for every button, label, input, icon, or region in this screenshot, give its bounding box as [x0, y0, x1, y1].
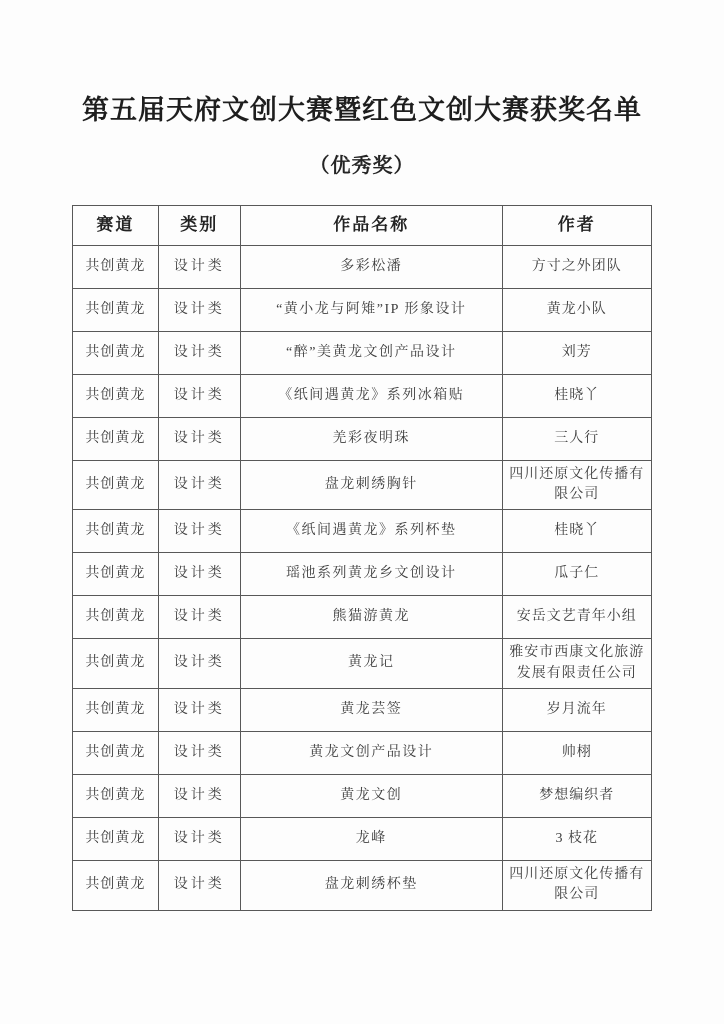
- cell-category: 设计类: [158, 688, 240, 731]
- cell-work: 龙峰: [240, 817, 502, 860]
- cell-work: 羌彩夜明珠: [240, 417, 502, 460]
- cell-track: 共创黄龙: [73, 688, 159, 731]
- header-row: 赛道 类别 作品名称 作者: [73, 205, 652, 245]
- cell-author: 瓜子仁: [502, 553, 651, 596]
- awards-table-header: 赛道 类别 作品名称 作者: [73, 205, 652, 245]
- cell-author: 黄龙小队: [502, 288, 651, 331]
- header-cell-track: 赛道: [73, 205, 159, 245]
- table-row: 共创黄龙设计类《纸间遇黄龙》系列冰箱贴桂晓丫: [73, 374, 652, 417]
- document-page: 第五届天府文创大赛暨红色文创大赛获奖名单 （优秀奖） 赛道 类别 作品名称 作者…: [0, 0, 724, 1024]
- table-row: 共创黄龙设计类盘龙刺绣杯垫四川还原文化传播有限公司: [73, 860, 652, 910]
- header-cell-work: 作品名称: [240, 205, 502, 245]
- cell-track: 共创黄龙: [73, 860, 159, 910]
- cell-author: 四川还原文化传播有限公司: [502, 460, 651, 510]
- cell-work: 《纸间遇黄龙》系列冰箱贴: [240, 374, 502, 417]
- cell-category: 设计类: [158, 331, 240, 374]
- cell-author: 3 枝花: [502, 817, 651, 860]
- cell-category: 设计类: [158, 596, 240, 639]
- cell-track: 共创黄龙: [73, 374, 159, 417]
- table-row: 共创黄龙设计类黄龙芸签岁月流年: [73, 688, 652, 731]
- cell-work: 黄龙文创产品设计: [240, 731, 502, 774]
- header-cell-category: 类别: [158, 205, 240, 245]
- awards-table: 赛道 类别 作品名称 作者 共创黄龙设计类多彩松潘方寸之外团队共创黄龙设计类“黄…: [72, 205, 652, 911]
- cell-author: 梦想编织者: [502, 774, 651, 817]
- header-cell-author: 作者: [502, 205, 651, 245]
- cell-category: 设计类: [158, 731, 240, 774]
- cell-category: 设计类: [158, 860, 240, 910]
- cell-work: 黄龙记: [240, 639, 502, 689]
- cell-work: 熊猫游黄龙: [240, 596, 502, 639]
- table-row: 共创黄龙设计类《纸间遇黄龙》系列杯垫桂晓丫: [73, 510, 652, 553]
- cell-track: 共创黄龙: [73, 731, 159, 774]
- cell-track: 共创黄龙: [73, 417, 159, 460]
- cell-author: 桂晓丫: [502, 510, 651, 553]
- table-row: 共创黄龙设计类羌彩夜明珠三人行: [73, 417, 652, 460]
- cell-author: 方寸之外团队: [502, 245, 651, 288]
- cell-track: 共创黄龙: [73, 460, 159, 510]
- cell-author: 刘芳: [502, 331, 651, 374]
- table-row: 共创黄龙设计类“醉”美黄龙文创产品设计刘芳: [73, 331, 652, 374]
- table-row: 共创黄龙设计类黄龙记雅安市西康文化旅游发展有限责任公司: [73, 639, 652, 689]
- cell-category: 设计类: [158, 245, 240, 288]
- table-row: 共创黄龙设计类熊猫游黄龙安岳文艺青年小组: [73, 596, 652, 639]
- awards-table-body: 共创黄龙设计类多彩松潘方寸之外团队共创黄龙设计类“黄小龙与阿雉”IP 形象设计黄…: [73, 245, 652, 910]
- cell-work: 黄龙芸签: [240, 688, 502, 731]
- cell-track: 共创黄龙: [73, 639, 159, 689]
- table-row: 共创黄龙设计类多彩松潘方寸之外团队: [73, 245, 652, 288]
- table-row: 共创黄龙设计类瑶池系列黄龙乡文创设计瓜子仁: [73, 553, 652, 596]
- cell-category: 设计类: [158, 510, 240, 553]
- cell-author: 三人行: [502, 417, 651, 460]
- cell-category: 设计类: [158, 417, 240, 460]
- cell-category: 设计类: [158, 639, 240, 689]
- cell-work: 瑶池系列黄龙乡文创设计: [240, 553, 502, 596]
- cell-category: 设计类: [158, 288, 240, 331]
- cell-category: 设计类: [158, 774, 240, 817]
- cell-work: “黄小龙与阿雉”IP 形象设计: [240, 288, 502, 331]
- cell-work: 黄龙文创: [240, 774, 502, 817]
- cell-work: 盘龙刺绣胸针: [240, 460, 502, 510]
- cell-work: 多彩松潘: [240, 245, 502, 288]
- cell-author: 岁月流年: [502, 688, 651, 731]
- cell-work: 盘龙刺绣杯垫: [240, 860, 502, 910]
- cell-work: “醉”美黄龙文创产品设计: [240, 331, 502, 374]
- cell-track: 共创黄龙: [73, 245, 159, 288]
- cell-author: 桂晓丫: [502, 374, 651, 417]
- cell-category: 设计类: [158, 460, 240, 510]
- cell-track: 共创黄龙: [73, 288, 159, 331]
- cell-work: 《纸间遇黄龙》系列杯垫: [240, 510, 502, 553]
- cell-author: 四川还原文化传播有限公司: [502, 860, 651, 910]
- cell-track: 共创黄龙: [73, 596, 159, 639]
- table-row: 共创黄龙设计类黄龙文创梦想编织者: [73, 774, 652, 817]
- table-row: 共创黄龙设计类盘龙刺绣胸针四川还原文化传播有限公司: [73, 460, 652, 510]
- table-row: 共创黄龙设计类黄龙文创产品设计帅栩: [73, 731, 652, 774]
- document-title: 第五届天府文创大赛暨红色文创大赛获奖名单: [0, 0, 724, 128]
- table-row: 共创黄龙设计类“黄小龙与阿雉”IP 形象设计黄龙小队: [73, 288, 652, 331]
- cell-track: 共创黄龙: [73, 817, 159, 860]
- cell-category: 设计类: [158, 553, 240, 596]
- cell-author: 帅栩: [502, 731, 651, 774]
- cell-track: 共创黄龙: [73, 774, 159, 817]
- cell-category: 设计类: [158, 374, 240, 417]
- cell-track: 共创黄龙: [73, 331, 159, 374]
- table-row: 共创黄龙设计类龙峰3 枝花: [73, 817, 652, 860]
- cell-author: 雅安市西康文化旅游发展有限责任公司: [502, 639, 651, 689]
- cell-author: 安岳文艺青年小组: [502, 596, 651, 639]
- cell-track: 共创黄龙: [73, 553, 159, 596]
- document-subtitle: （优秀奖）: [0, 149, 724, 178]
- cell-category: 设计类: [158, 817, 240, 860]
- cell-track: 共创黄龙: [73, 510, 159, 553]
